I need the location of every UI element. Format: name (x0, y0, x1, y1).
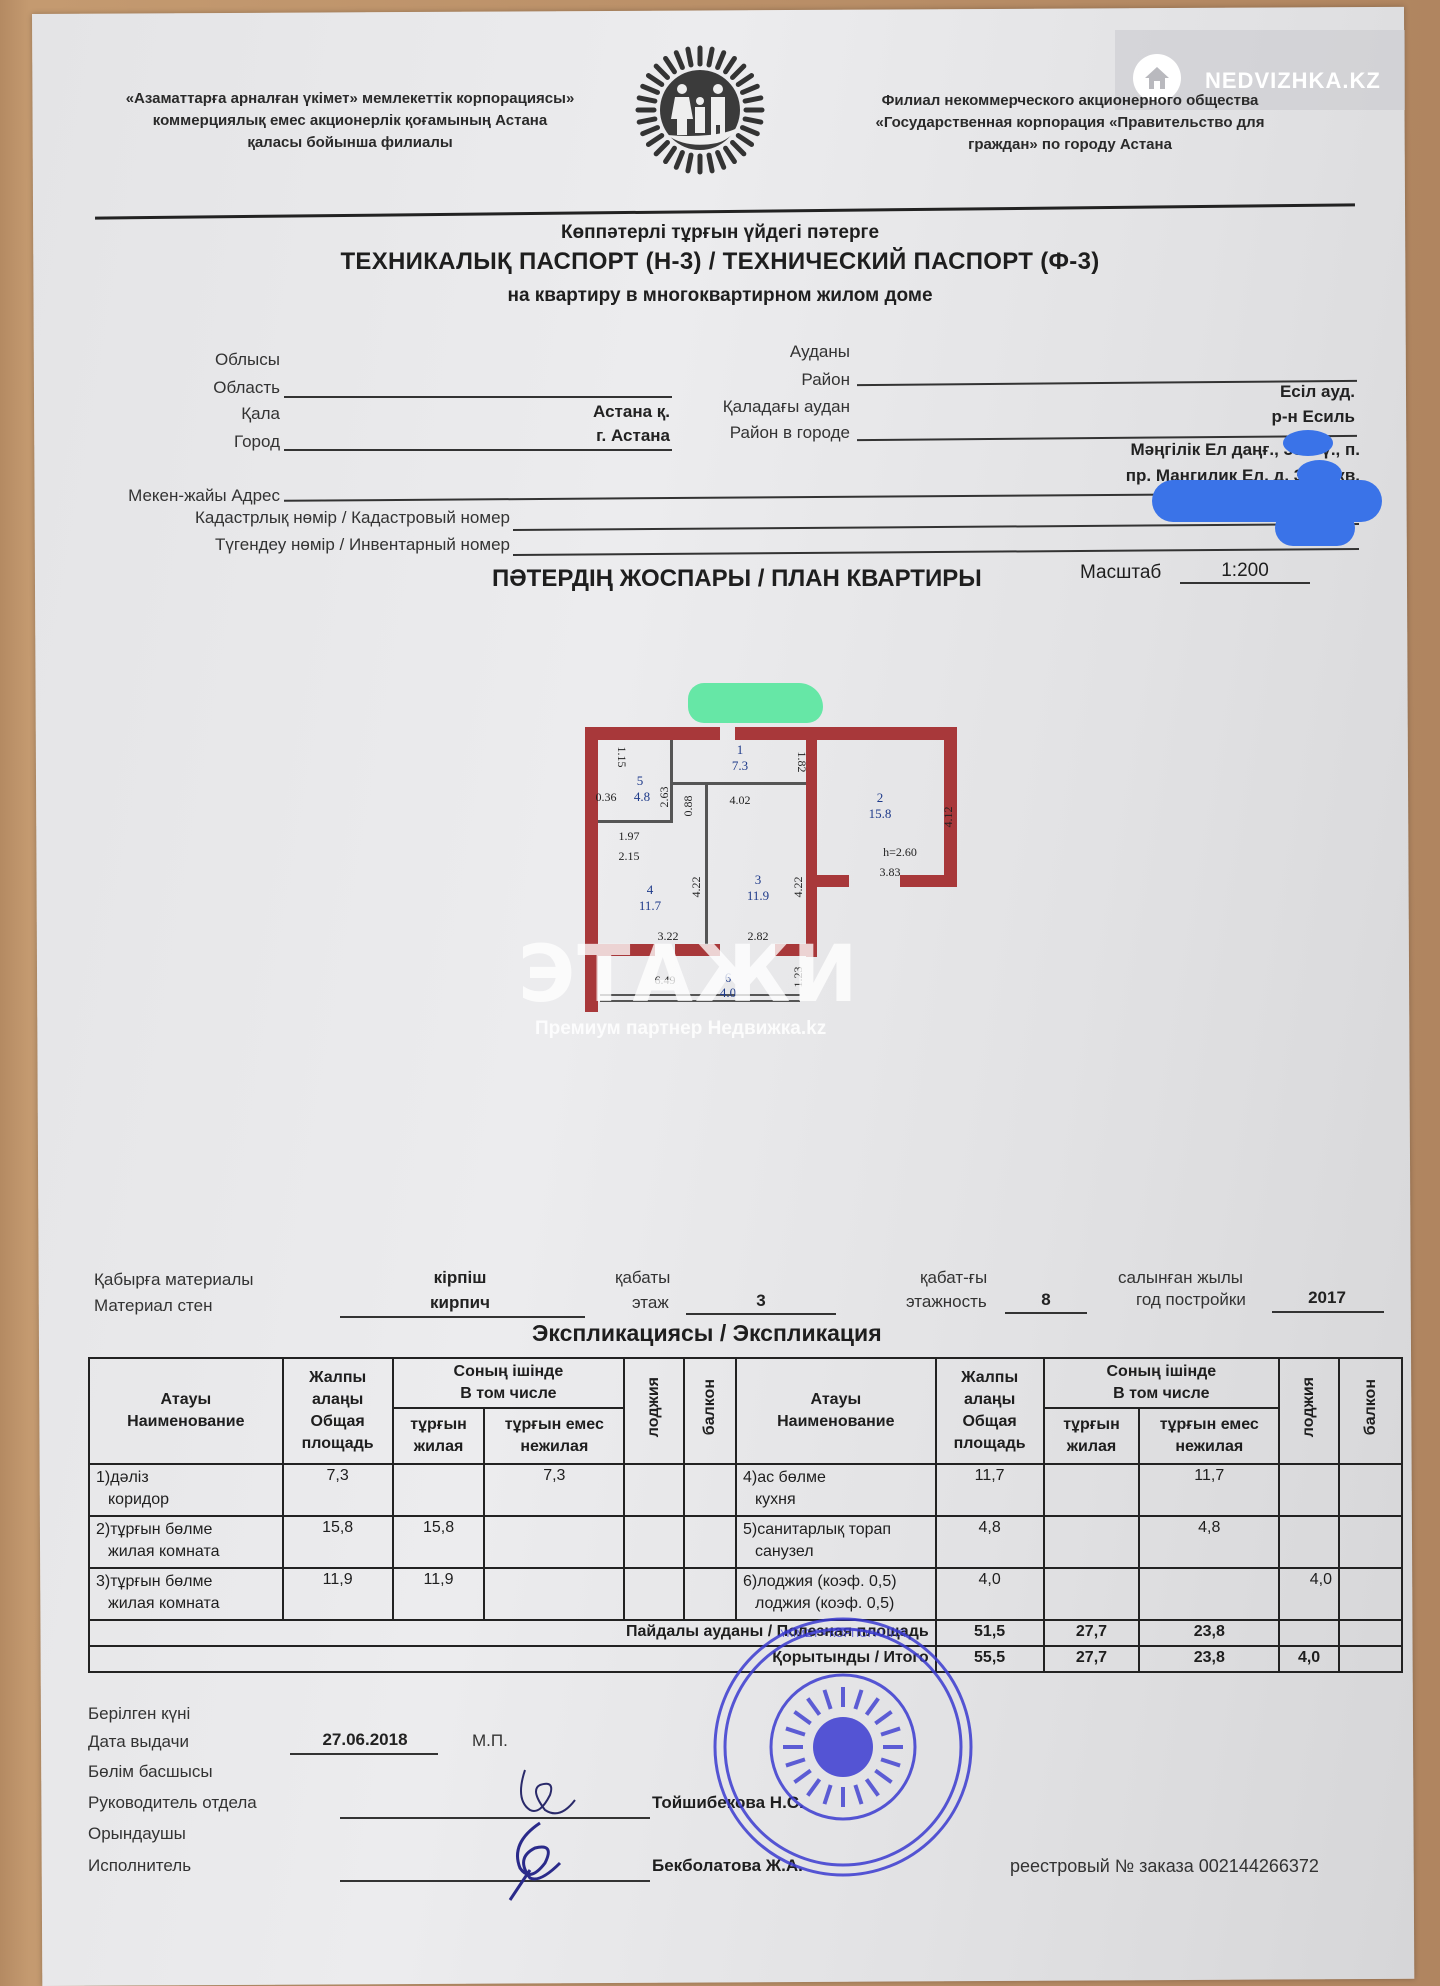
address-label: Мекен-жайы Адрес (90, 486, 280, 506)
city-district-kz-label: Қаладағы аудан (680, 397, 850, 417)
svg-text:3.83: 3.83 (880, 865, 901, 879)
district-ru-value: р-н Есиль (1160, 407, 1355, 427)
year-value: 2017 (1272, 1288, 1382, 1308)
room-nonliving: 11,7 (1139, 1464, 1279, 1516)
svg-text:11.7: 11.7 (639, 898, 662, 913)
col-name: АтауыНаименование (89, 1358, 283, 1464)
redaction-mark (1283, 430, 1333, 456)
city-kz-value: Астана қ. (540, 402, 670, 422)
year-kz-label: салынған жылы (1118, 1268, 1243, 1288)
seal-place-label: М.П. (472, 1731, 508, 1751)
col-total: ЖалпыалаңыОбщаяплощадь (283, 1358, 393, 1464)
issue-date-line (290, 1753, 438, 1755)
cadastral-label: Кадастрлық нөмір / Кадастровый номер (110, 508, 510, 528)
table-row: 2)тұрғын бөлмежилая комната 15,8 15,8 5)… (89, 1516, 1402, 1568)
room-living (393, 1464, 485, 1516)
wall-material-kz-value: кірпіш (340, 1268, 580, 1288)
col-including: Соның ішіндеВ том числе (393, 1358, 625, 1408)
floor-ru-label: этаж (632, 1293, 669, 1313)
room-living: 11,9 (393, 1568, 485, 1620)
svg-text:4: 4 (647, 882, 654, 897)
issue-date-ru-label: Дата выдачи (88, 1732, 189, 1752)
room-total: 15,8 (283, 1516, 393, 1568)
col-balcony: балкон (1339, 1358, 1402, 1464)
col-nonliving: тұрғын емеснежилая (1139, 1408, 1279, 1464)
doc-subtitle-ru: на квартиру в многоквартирном жилом доме (0, 285, 1440, 307)
family-in-hand-sun-icon (615, 45, 785, 175)
storeys-ru-label: этажность (906, 1292, 987, 1312)
col-loggia: лоджия (1279, 1358, 1339, 1464)
room-total: 11,7 (936, 1464, 1044, 1516)
room-nonliving (484, 1568, 624, 1620)
room-balcony (1339, 1568, 1402, 1620)
oblast-label: Область (150, 378, 280, 398)
room-nonliving (484, 1516, 624, 1568)
wall-material-ru-label: Материал стен (94, 1296, 212, 1316)
svg-text:4.22: 4.22 (689, 877, 703, 898)
room-loggia (624, 1464, 684, 1516)
svg-text:3: 3 (755, 872, 762, 887)
room-nonliving: 4,8 (1139, 1516, 1279, 1568)
svg-text:4.8: 4.8 (634, 789, 650, 804)
room-balcony (1339, 1464, 1402, 1516)
city-line (284, 449, 672, 451)
floor-line (686, 1313, 836, 1315)
doc-title: ТЕХНИКАЛЫҚ ПАСПОРТ (Н-3) / ТЕХНИЧЕСКИЙ П… (0, 248, 1440, 276)
audany-label: Ауданы (700, 342, 850, 362)
svg-text:4.22: 4.22 (791, 877, 805, 898)
storeys-value: 8 (1005, 1290, 1087, 1310)
svg-text:1.15: 1.15 (615, 747, 629, 768)
room-name: 3)тұрғын бөлмежилая комната (89, 1568, 283, 1620)
room-living (1044, 1464, 1140, 1516)
svg-text:4.02: 4.02 (730, 793, 751, 807)
room-name: 1)дәлізкоридор (89, 1464, 283, 1516)
room-living: 15,8 (393, 1516, 485, 1568)
room-balcony (684, 1516, 736, 1568)
room-nonliving (1139, 1568, 1279, 1620)
raion-label: Район (700, 370, 850, 390)
floor-value: 3 (686, 1291, 836, 1311)
svg-text:7.3: 7.3 (732, 758, 748, 773)
svg-text:2.15: 2.15 (619, 849, 640, 863)
col-name: АтауыНаименование (736, 1358, 936, 1464)
oblast-line (284, 396, 672, 398)
room-loggia (1279, 1516, 1339, 1568)
year-line (1272, 1311, 1384, 1313)
room-name: 2)тұрғын бөлмежилая комната (89, 1516, 283, 1568)
oblys-label: Облысы (150, 350, 280, 370)
col-total: ЖалпыалаңыОбщаяплощадь (936, 1358, 1044, 1464)
col-living: тұрғынжилая (393, 1408, 485, 1464)
executor-ru-label: Исполнитель (88, 1856, 191, 1876)
registry-number: реестровый № заказа 002144266372 (1010, 1856, 1319, 1877)
executor-kz-label: Орындаушы (88, 1824, 186, 1844)
gorod-label: Город (150, 432, 280, 452)
storeys-kz-label: қабат-ғы (920, 1268, 987, 1288)
svg-text:h=2.60: h=2.60 (883, 845, 917, 859)
scale-line (1180, 582, 1310, 584)
issue-date-kz-label: Берілген күні (88, 1704, 190, 1724)
district-kz-value: Есіл ауд. (1160, 382, 1355, 402)
floor-kz-label: қабаты (615, 1268, 670, 1288)
city-ru-value: г. Астана (540, 426, 670, 446)
storeys-line (1005, 1312, 1087, 1314)
svg-text:0.36: 0.36 (596, 790, 617, 804)
plan-watermark: ЭТАЖИ (518, 930, 860, 1020)
room-balcony (684, 1464, 736, 1516)
room-loggia: 4,0 (1279, 1568, 1339, 1620)
room-nonliving: 7,3 (484, 1464, 624, 1516)
plan-title: ПӘТЕРДІҢ ЖОСПАРЫ / ПЛАН КВАРТИРЫ (492, 565, 982, 593)
svg-text:ҮКІМЕТ • КОРПОРАЦИЯ: ҮКІМЕТ • КОРПОРАЦИЯ (780, 1628, 905, 1640)
plan-watermark-subtitle: Премиум партнер Недвижка.kz (535, 1018, 826, 1040)
svg-text:0.88: 0.88 (681, 796, 695, 817)
room-loggia (624, 1568, 684, 1620)
svg-text:5: 5 (637, 773, 644, 788)
wall-line (340, 1316, 585, 1318)
room-living (1044, 1516, 1140, 1568)
head-ru-label: Руководитель отдела (88, 1793, 257, 1813)
redaction-mark (688, 683, 823, 723)
wall-material-kz-label: Қабырға материалы (94, 1270, 254, 1290)
room-name: 5)санитарлық торапсанузел (736, 1516, 936, 1568)
room-loggia (624, 1516, 684, 1568)
col-loggia: лоджия (624, 1358, 684, 1464)
room-loggia (1279, 1464, 1339, 1516)
room-living (1044, 1568, 1140, 1620)
svg-text:1.97: 1.97 (619, 829, 640, 843)
room-name: 4)ас бөлмекухня (736, 1464, 936, 1516)
svg-text:2: 2 (877, 790, 884, 805)
svg-text:4.12: 4.12 (941, 807, 955, 828)
room-total: 7,3 (283, 1464, 393, 1516)
col-nonliving: тұрғын емеснежилая (484, 1408, 624, 1464)
col-balcony: балкон (684, 1358, 736, 1464)
scale-label: Масштаб (1080, 562, 1161, 584)
scale-value: 1:200 (1180, 560, 1310, 582)
col-living: тұрғынжилая (1044, 1408, 1140, 1464)
room-total: 4,8 (936, 1516, 1044, 1568)
issue-date-value: 27.06.2018 (290, 1730, 440, 1750)
svg-text:1: 1 (737, 742, 744, 757)
svg-text:2.63: 2.63 (657, 787, 671, 808)
signature-head (505, 1760, 595, 1820)
room-balcony (1339, 1516, 1402, 1568)
doc-subtitle-kz: Көппәтерлі тұрғын үйдегі пәтерге (0, 222, 1440, 244)
inventory-label: Түгендеу нөмір / Инвентарный номер (110, 535, 510, 555)
head-kz-label: Бөлім басшысы (88, 1762, 213, 1782)
redaction-mark (1275, 510, 1355, 546)
col-including: Соның ішіндеВ том числе (1044, 1358, 1280, 1408)
svg-text:11.9: 11.9 (747, 888, 769, 903)
year-ru-label: год постройки (1136, 1290, 1246, 1310)
svg-text:15.8: 15.8 (869, 806, 892, 821)
org-kz: «Азаматтарға арналған үкімет» мемлекетті… (80, 88, 620, 154)
signature-executor (480, 1815, 580, 1905)
wall-material-ru-value: кирпич (340, 1293, 580, 1313)
official-stamp: ҮКІМЕТ • КОРПОРАЦИЯ (708, 1612, 978, 1882)
svg-text:1.82: 1.82 (795, 752, 809, 773)
kala-label: Қала (150, 404, 280, 424)
room-total: 11,9 (283, 1568, 393, 1620)
table-row: 1)дәлізкоридор 7,3 7,3 4)ас бөлмекухня 1… (89, 1464, 1402, 1516)
explication-title: Экспликациясы / Экспликация (532, 1320, 882, 1347)
city-district-ru-label: Район в городе (680, 423, 850, 443)
org-ru: Филиал некоммерческого акционерного обще… (830, 90, 1310, 156)
